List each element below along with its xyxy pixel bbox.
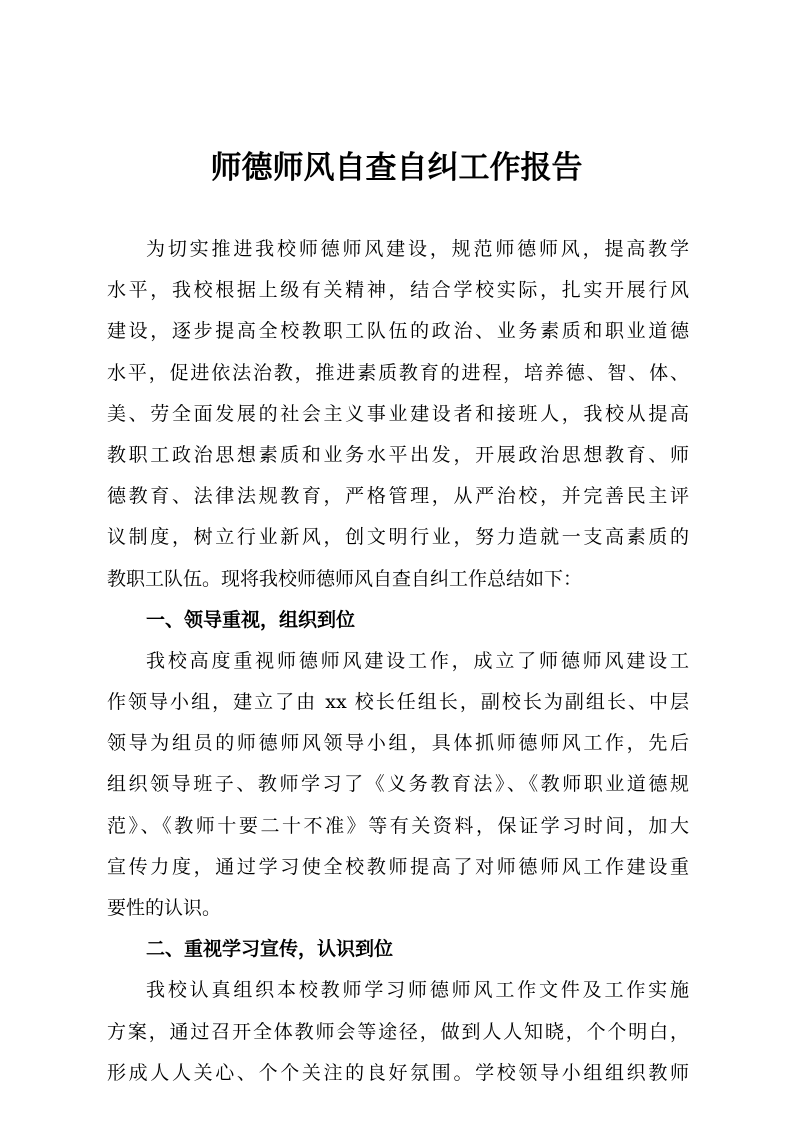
text-line: 领导为组员的师德师风领导小组，具体抓师德师风工作，先后 <box>107 723 689 764</box>
text-line: 美、劳全面发展的社会主义事业建设者和接班人，我校从提高 <box>107 394 689 435</box>
text-line: 我校高度重视师德师风建设工作，成立了师德师风建设工 <box>107 641 689 682</box>
document-page: 师德师风自查自纠工作报告 为切实推进我校师德师风建设，规范师德师风，提高教学 水… <box>0 0 793 1122</box>
paragraph-intro: 为切实推进我校师德师风建设，规范师德师风，提高教学 水平，我校根据上级有关精神，… <box>107 229 689 600</box>
text-line: 我校认真组织本校教师学习师德师风工作文件及工作实施 <box>107 970 689 1011</box>
text-line: 为切实推进我校师德师风建设，规范师德师风，提高教学 <box>107 229 689 270</box>
text-line: 教职工队伍。现将我校师德师风自查自纠工作总结如下： <box>107 559 689 600</box>
document-title: 师德师风自查自纠工作报告 <box>0 148 793 188</box>
paragraph-section-1: 我校高度重视师德师风建设工作，成立了师德师风建设工 作领导小组，建立了由 xx … <box>107 641 689 929</box>
text-line: 作领导小组，建立了由 xx 校长任组长，副校长为副组长、中层 <box>107 682 689 723</box>
text-line: 水平，促进依法治教，推进素质教育的进程，培养德、智、体、 <box>107 353 689 394</box>
paragraph-section-2: 我校认真组织本校教师学习师德师风工作文件及工作实施 方案，通过召开全体教师会等途… <box>107 970 689 1094</box>
text-line: 教职工政治思想素质和业务水平出发，开展政治思想教育、师 <box>107 435 689 476</box>
section-heading-2: 二、重视学习宣传，认识到位 <box>107 929 689 970</box>
text-line: 范》、《教师十要二十不准》等有关资料，保证学习时间，加大 <box>107 806 689 847</box>
text-line: 组织领导班子、教师学习了《义务教育法》、《教师职业道德规 <box>107 764 689 805</box>
text-line: 建设，逐步提高全校教职工队伍的政治、业务素质和职业道德 <box>107 311 689 352</box>
text-line: 方案，通过召开全体教师会等途径，做到人人知晓，个个明白， <box>107 1012 689 1053</box>
text-line: 水平，我校根据上级有关精神，结合学校实际，扎实开展行风 <box>107 270 689 311</box>
text-line: 形成人人关心、个个关注的良好氛围。学校领导小组组织教师 <box>107 1053 689 1094</box>
text-line: 要性的认识。 <box>107 888 689 929</box>
text-line: 德教育、法律法规教育，严格管理，从严治校，并完善民主评 <box>107 476 689 517</box>
section-heading-1: 一、领导重视，组织到位 <box>107 600 689 641</box>
text-line: 宣传力度，通过学习使全校教师提高了对师德师风工作建设重 <box>107 847 689 888</box>
document-body: 为切实推进我校师德师风建设，规范师德师风，提高教学 水平，我校根据上级有关精神，… <box>107 229 689 1094</box>
text-line: 议制度，树立行业新风，创文明行业，努力造就一支高素质的 <box>107 517 689 558</box>
